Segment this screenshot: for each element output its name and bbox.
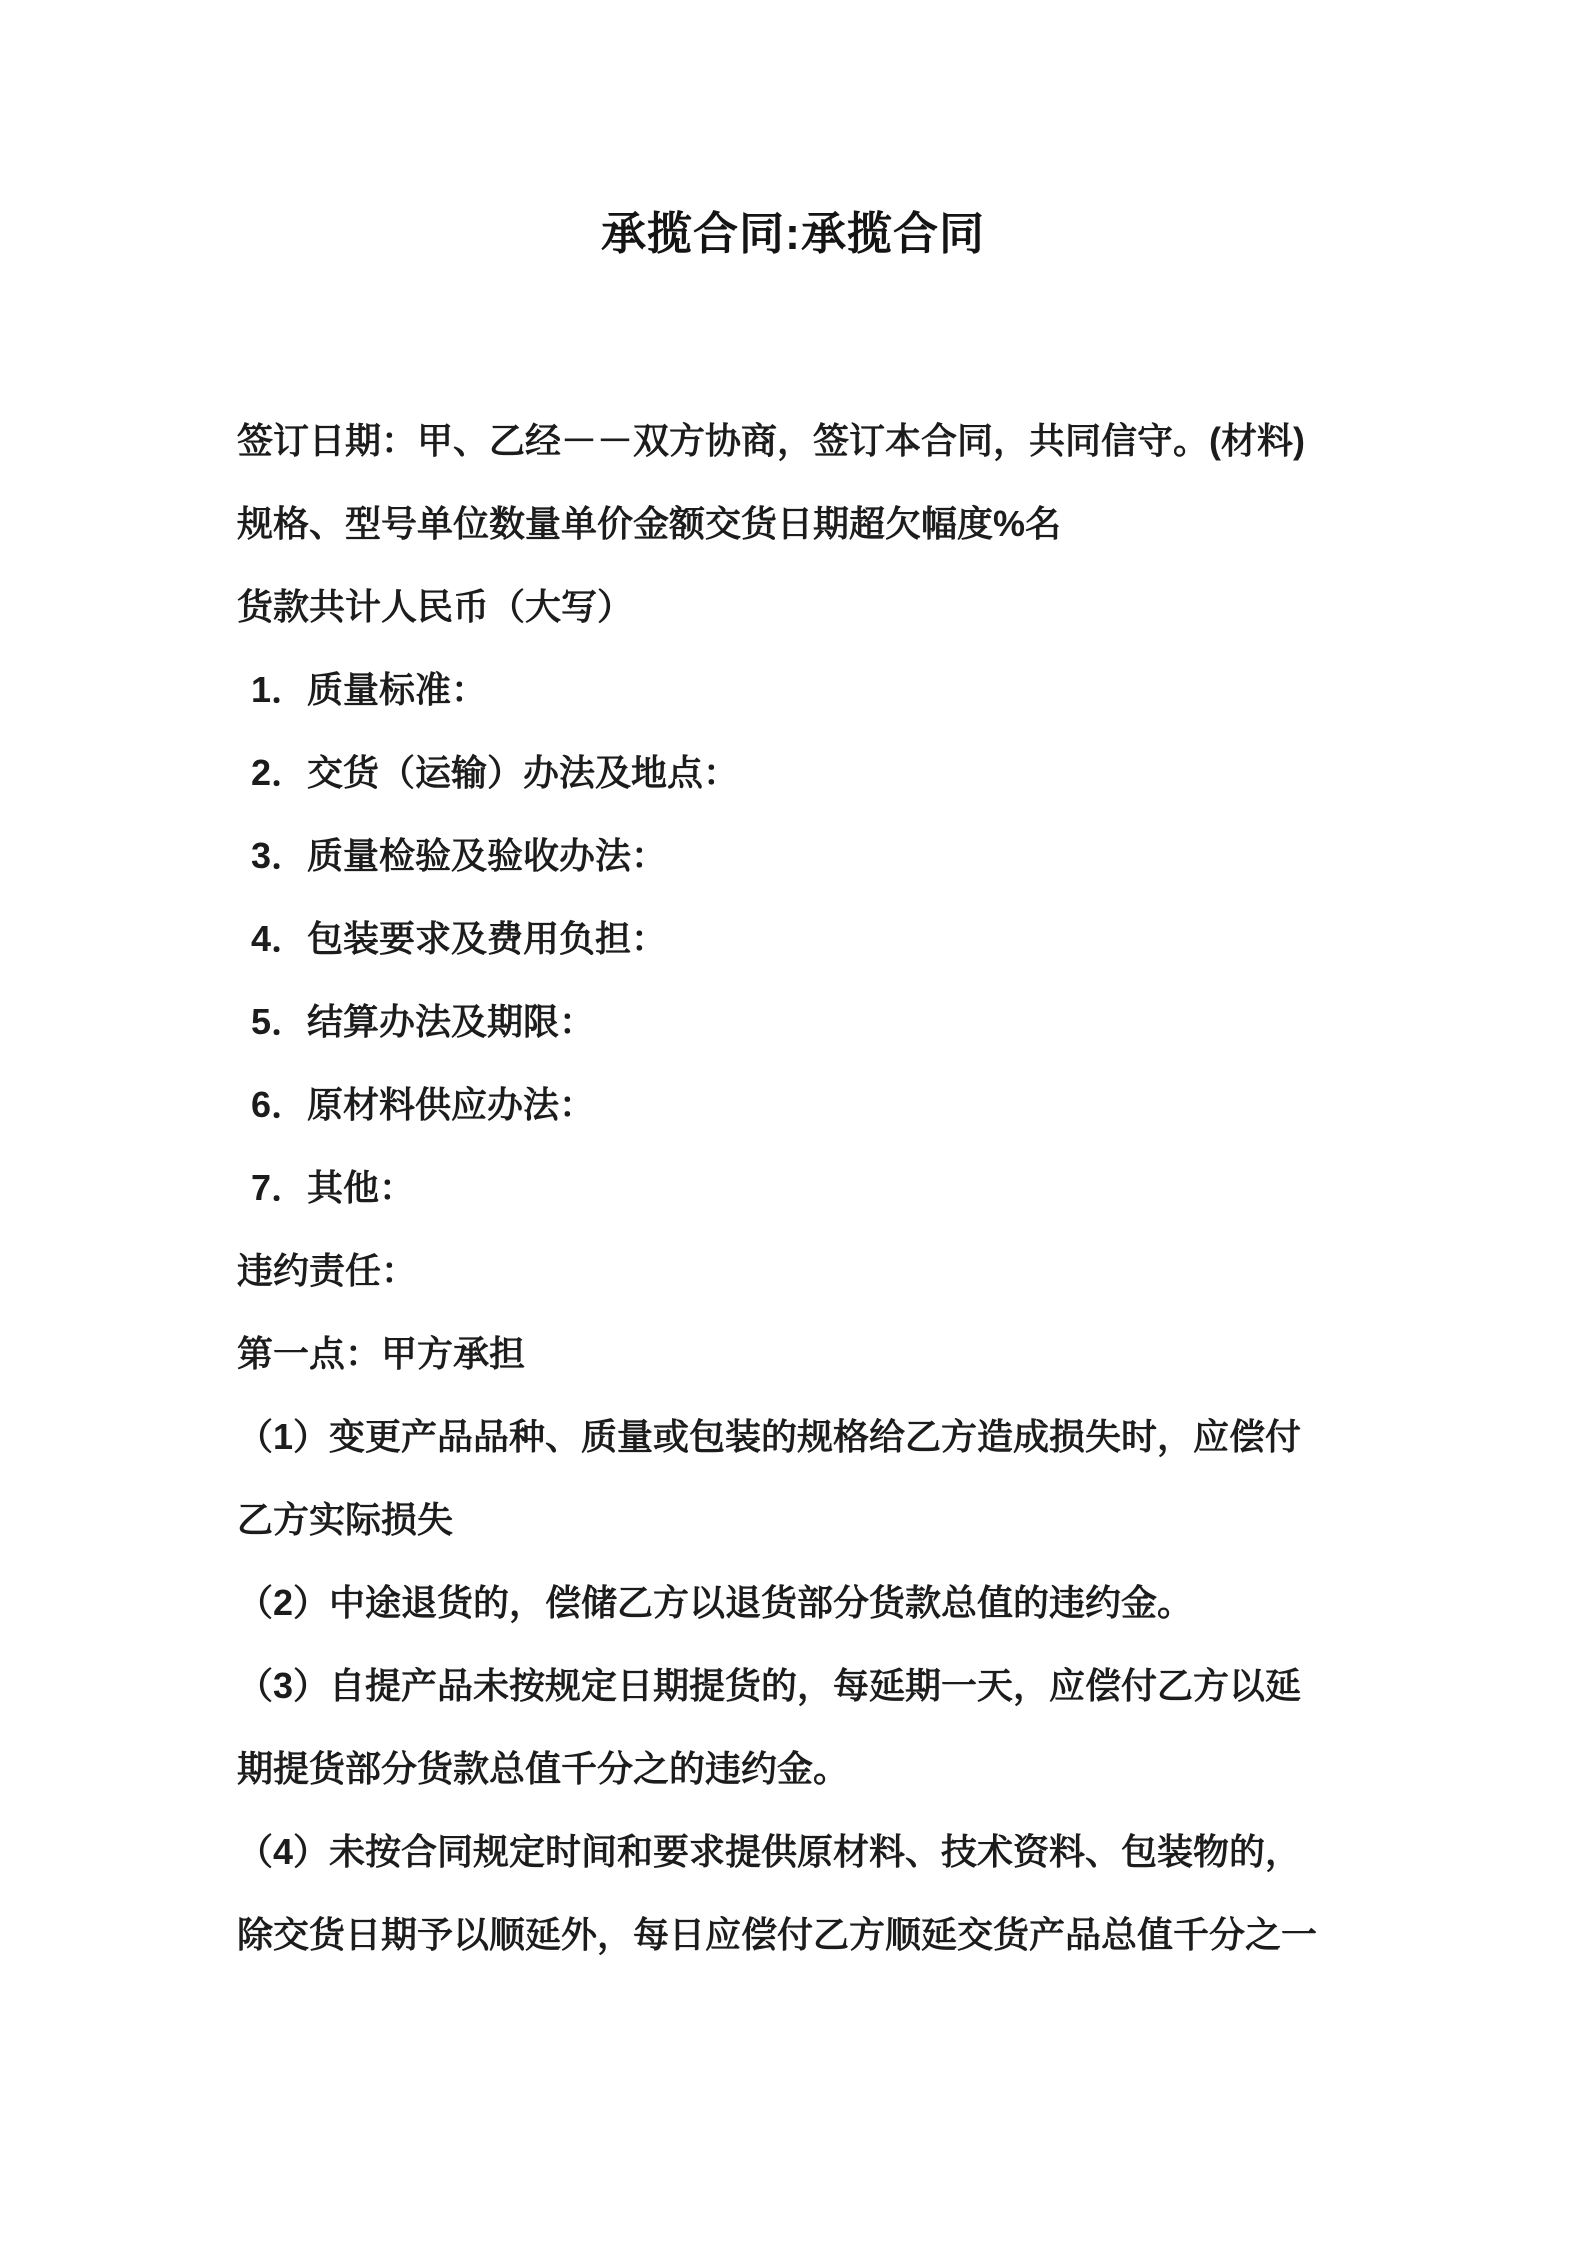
doc-line-clause-1-part-2: 乙方实际损失 (237, 1478, 1367, 1561)
document-title: 承揽合同:承揽合同 (0, 205, 1586, 263)
doc-line-clause-4-part-2: 除交货日期予以顺延外，每日应偿付乙方顺延交货产品总值千分之一 (237, 1893, 1367, 1976)
doc-line-clause-2: （2）中途退货的，偿储乙方以退货部分货款总值的违约金。 (237, 1561, 1367, 1644)
doc-line-point-1-party-a: 第一点：甲方承担 (237, 1312, 1367, 1395)
doc-line-clause-3-part-1: （3）自提产品未按规定日期提货的，每延期一天，应偿付乙方以延 (237, 1644, 1367, 1727)
document-body: 签订日期：甲、乙经－－双方协商，签订本合同，共同信守。(材料) 规格、型号单位数… (237, 399, 1367, 1976)
contract-document-page: 承揽合同:承揽合同 签订日期：甲、乙经－－双方协商，签订本合同，共同信守。(材料… (0, 0, 1586, 2244)
doc-line-item-7-other: 7．其他： (237, 1146, 1367, 1229)
doc-line-clause-4-part-1: （4）未按合同规定时间和要求提供原材料、技术资料、包装物的， (237, 1810, 1367, 1893)
doc-line-item-2-delivery: 2．交货（运输）办法及地点： (237, 731, 1367, 814)
doc-line-item-1-quality-standard: 1．质量标准： (237, 648, 1367, 731)
doc-line-total-amount: 货款共计人民币（大写） (237, 565, 1367, 648)
doc-line-item-3-inspection: 3．质量检验及验收办法： (237, 814, 1367, 897)
doc-line-spec-header: 规格、型号单位数量单价金额交货日期超欠幅度%名 (237, 482, 1367, 565)
doc-line-item-5-settlement: 5．结算办法及期限： (237, 980, 1367, 1063)
doc-line-item-4-packaging: 4．包装要求及费用负担： (237, 897, 1367, 980)
doc-line-signing-date: 签订日期：甲、乙经－－双方协商，签订本合同，共同信守。(材料) (237, 399, 1367, 482)
doc-line-breach-liability-heading: 违约责任： (237, 1229, 1367, 1312)
doc-line-clause-1-part-1: （1）变更产品品种、质量或包装的规格给乙方造成损失时，应偿付 (237, 1395, 1367, 1478)
doc-line-item-6-raw-materials: 6．原材料供应办法： (237, 1063, 1367, 1146)
doc-line-clause-3-part-2: 期提货部分货款总值千分之的违约金。 (237, 1727, 1367, 1810)
